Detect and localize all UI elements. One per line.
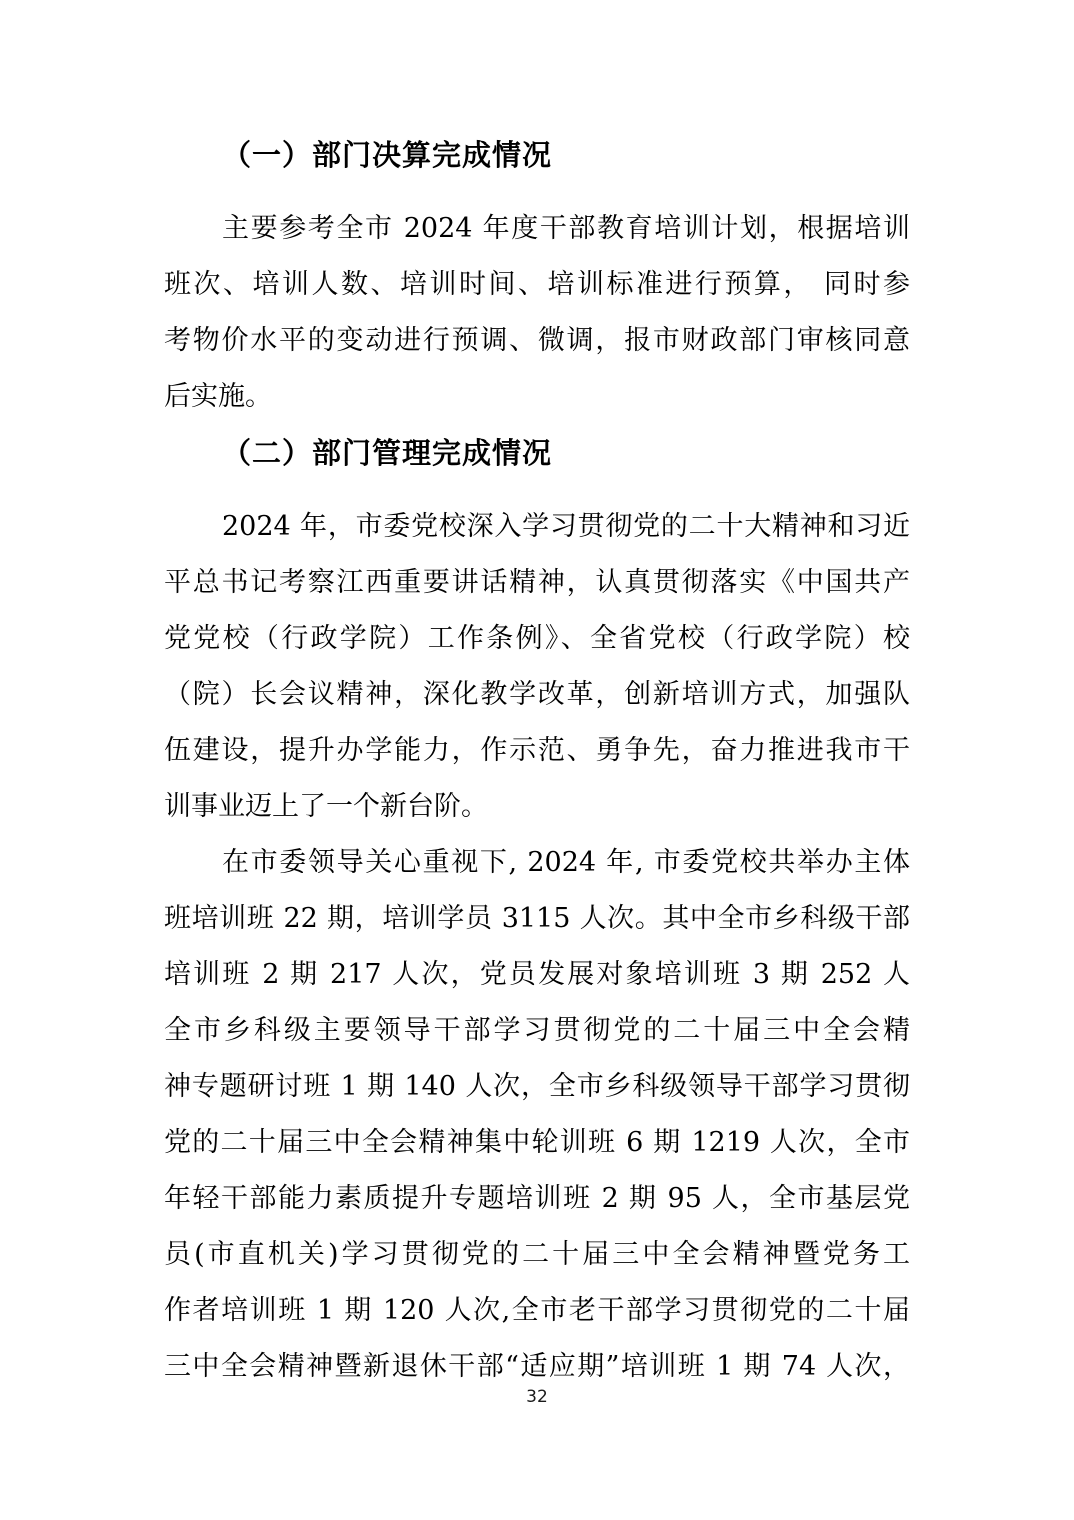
text-line: （院）长会议精神，深化教学改革，创新培训方式，加强队	[164, 667, 910, 723]
text-line: 训事业迈上了一个新台阶。	[164, 779, 910, 835]
text-line: 全市乡科级主要领导干部学习贯彻党的二十届三中全会精	[164, 1003, 910, 1059]
text-line: 2024 年，市委党校深入学习贯彻党的二十大精神和习近	[164, 499, 910, 555]
text-line: 神专题研讨班 1 期 140 人次，全市乡科级领导干部学习贯彻	[164, 1059, 910, 1115]
section-heading-1: （一）部门决算完成情况	[164, 127, 910, 183]
text-line: 在市委领导关心重视下, 2024 年, 市委党校共举办主体	[164, 835, 910, 891]
text-line: 平总书记考察江西重要讲话精神，认真贯彻落实《中国共产	[164, 555, 910, 611]
text-line: 班培训班 22 期，培训学员 3115 人次。其中全市乡科级干部	[164, 891, 910, 947]
text-line: 作者培训班 1 期 120 人次,全市老干部学习贯彻党的二十届	[164, 1283, 910, 1339]
page-number: 32	[0, 1387, 1074, 1407]
text-line: 后实施。	[164, 369, 910, 425]
text-line: 伍建设，提升办学能力，作示范、勇争先，奋力推进我市干	[164, 723, 910, 779]
text-line: 培训班 2 期 217 人次，党员发展对象培训班 3 期 252 人次，	[164, 947, 910, 1003]
text-line: 考物价水平的变动进行预调、微调，报市财政部门审核同意	[164, 313, 910, 369]
text-line: 主要参考全市 2024 年度干部教育培训计划，根据培训	[164, 201, 910, 257]
text-line: 年轻干部能力素质提升专题培训班 2 期 95 人，全市基层党	[164, 1171, 910, 1227]
text-line: 员(市直机关)学习贯彻党的二十届三中全会精神暨党务工	[164, 1227, 910, 1283]
text-line: 党党校（行政学院）工作条例》、全省党校（行政学院）校	[164, 611, 910, 667]
text-line: 班次、培训人数、培训时间、培训标准进行预算， 同时参	[164, 257, 910, 313]
text-line: 党的二十届三中全会精神集中轮训班 6 期 1219 人次，全市	[164, 1115, 910, 1171]
paragraph: 在市委领导关心重视下, 2024 年, 市委党校共举办主体 班培训班 22 期，…	[164, 835, 910, 1395]
paragraph: 主要参考全市 2024 年度干部教育培训计划，根据培训 班次、培训人数、培训时间…	[164, 201, 910, 425]
document-page: （一）部门决算完成情况 主要参考全市 2024 年度干部教育培训计划，根据培训 …	[0, 0, 1074, 1520]
paragraph: 2024 年，市委党校深入学习贯彻党的二十大精神和习近 平总书记考察江西重要讲话…	[164, 499, 910, 835]
section-heading-2: （二）部门管理完成情况	[164, 425, 910, 481]
page-content: （一）部门决算完成情况 主要参考全市 2024 年度干部教育培训计划，根据培训 …	[164, 127, 910, 1395]
